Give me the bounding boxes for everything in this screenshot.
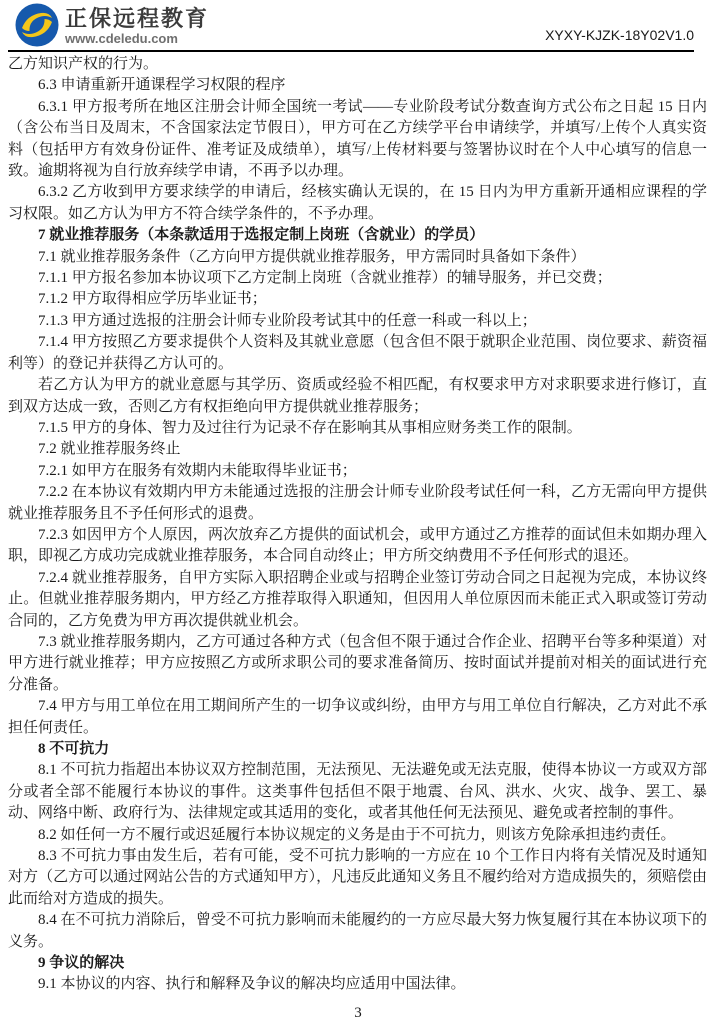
clause-8-3: 8.3 不可抗力事由发生后，若有可能，受不可抗力影响的一方应在 10 个工作日内… — [8, 846, 707, 910]
clause-8-1: 8.1 不可抗力指超出本协议双方控制范围，无法预见、无法避免或无法克服，使得本协… — [8, 760, 707, 824]
clause-7-1-1: 7.1.1 甲方报名参加本协议项下乙方定制上岗班（含就业推荐）的辅导服务，并已交… — [8, 268, 707, 289]
clause-7-2-2: 7.2.2 在本协议有效期内甲方未能通过选报的注册会计师专业阶段考试任何一科，乙… — [8, 482, 707, 525]
clause-9-1: 9.1 本协议的内容、执行和解释及争议的解决均应适用中国法律。 — [8, 974, 707, 995]
contract-body: 乙方知识产权的行为。 6.3 申请重新开通课程学习权限的程序 6.3.1 甲方报… — [8, 54, 707, 996]
clause-7-1-4: 7.1.4 甲方按照乙方要求提供个人资料及其就业意愿（包含但不限于就职企业范围、… — [8, 332, 707, 375]
brand-text-block: 正保远程教育 www.cdeledu.com — [65, 6, 209, 46]
clause-7-2-4: 7.2.4 就业推荐服务，自甲方实际入职招聘企业或与招聘企业签订劳动合同之日起视… — [8, 568, 707, 632]
clause-7-2-1: 7.2.1 如甲方在服务有效期内未能取得毕业证书； — [8, 461, 707, 482]
page-number: 3 — [0, 1005, 716, 1022]
contract-page: 正保远程教育 www.cdeledu.com XYXY-KJZK-18Y02V1… — [0, 0, 716, 1035]
brand-name: 正保远程教育 — [65, 6, 209, 31]
header-rule — [8, 50, 694, 52]
section-7-heading: 7 就业推荐服务（本条款适用于选报定制上岗班（含就业）的学员） — [8, 225, 707, 246]
section-9-heading: 9 争议的解决 — [8, 953, 707, 974]
clause-7-2-3: 7.2.3 如因甲方个人原因，两次放弃乙方提供的面试机会，或甲方通过乙方推荐的面… — [8, 525, 707, 568]
document-code: XYXY-KJZK-18Y02V1.0 — [545, 27, 694, 43]
clause-continuation: 乙方知识产权的行为。 — [8, 54, 707, 75]
clause-7-2: 7.2 就业推荐服务终止 — [8, 439, 707, 460]
clause-7-1-5: 7.1.5 甲方的身体、智力及过往行为记录不存在影响其从事相应财务类工作的限制。 — [8, 418, 707, 439]
brand-url: www.cdeledu.com — [65, 31, 209, 46]
clause-7-1-3: 7.1.3 甲方通过选报的注册会计师专业阶段考试其中的任意一科或一科以上； — [8, 311, 707, 332]
clause-7-1: 7.1 就业推荐服务条件（乙方向甲方提供就业推荐服务，甲方需同时具备如下条件） — [8, 247, 707, 268]
clause-6-3: 6.3 申请重新开通课程学习权限的程序 — [8, 75, 707, 96]
clause-7-1-4-note: 若乙方认为甲方的就业意愿与其学历、资质或经验不相匹配，有权要求甲方对求职要求进行… — [8, 375, 707, 418]
clause-7-4: 7.4 甲方与用工单位在用工期间所产生的一切争议或纠纷，由甲方与用工单位自行解决… — [8, 696, 707, 739]
clause-7-3: 7.3 就业推荐服务期内，乙方可通过各种方式（包含但不限于通过合作企业、招聘平台… — [8, 632, 707, 696]
clause-8-2: 8.2 如任何一方不履行或迟延履行本协议规定的义务是由于不可抗力，则该方免除承担… — [8, 825, 707, 846]
page-header-brand: 正保远程教育 www.cdeledu.com — [15, 3, 209, 47]
section-8-heading: 8 不可抗力 — [8, 739, 707, 760]
clause-7-1-2: 7.1.2 甲方取得相应学历毕业证书； — [8, 289, 707, 310]
cdel-logo-icon — [15, 3, 59, 47]
clause-6-3-2: 6.3.2 乙方收到甲方要求续学的申请后，经核实确认无误的，在 15 日内为甲方… — [8, 182, 707, 225]
clause-6-3-1: 6.3.1 甲方报考所在地区注册会计师全国统一考试——专业阶段考试分数查询方式公… — [8, 97, 707, 183]
clause-8-4: 8.4 在不可抗力消除后，曾受不可抗力影响而未能履约的一方应尽最大努力恢复履行其… — [8, 910, 707, 953]
